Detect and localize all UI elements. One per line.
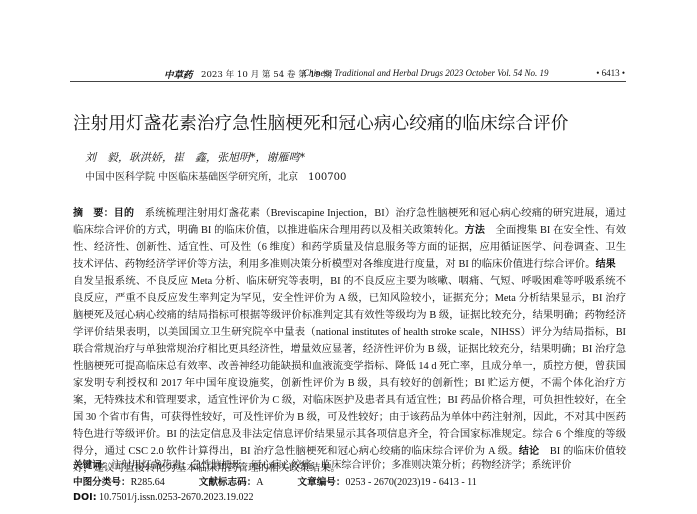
clc-label: 中图分类号： — [73, 477, 131, 488]
methods-label: 方法 — [465, 225, 485, 236]
keywords-label: 关键词： — [73, 460, 111, 471]
clc-value: R285.64 — [131, 477, 165, 488]
page-number: • 6413 • — [596, 68, 625, 78]
running-header: 中草药 2023 年 10 月 第 54 卷 第 19 期 Chinese Tr… — [73, 64, 625, 82]
results-label: 结果 — [596, 259, 616, 270]
affiliation: 中国中医科学院 中医临床基础医学研究所，北京 100700 — [85, 168, 346, 183]
author-list: 刘 毅，耿洪娇，崔 鑫，张旭明*，谢雁鸣* — [85, 149, 305, 165]
doi-label: DOI: — [73, 492, 97, 503]
results-text: 自发呈报系统、不良反应 Meta 分析、临床研究等表明，BI 的不良反应主要为咳… — [73, 259, 626, 457]
header-rule — [70, 81, 626, 82]
doc-code-label: 文献标志码： — [199, 477, 257, 488]
objective-label: 目的 — [114, 208, 134, 219]
article-title: 注射用灯盏花素治疗急性脑梗死和冠心病心绞痛的临床综合评价 — [73, 110, 569, 135]
doc-code-value: A — [256, 477, 263, 488]
article-no-value: 0253 - 2670(2023)19 - 6413 - 11 — [346, 477, 477, 488]
abstract: 摘 要：目的 系统梳理注射用灯盏花素（Breviscapine Injectio… — [73, 205, 626, 477]
article-no-label: 文章编号： — [298, 477, 346, 488]
classification-line: 中图分类号：R285.64文献标志码：A文章编号：0253 - 2670(202… — [73, 474, 477, 488]
journal-info-en: Chinese Traditional and Herbal Drugs 202… — [303, 68, 549, 78]
keywords-line: 关键词：注射用灯盏花素；急性脑梗死；冠心病心绞痛；临床综合评价；多准则决策分析；… — [73, 456, 571, 471]
keywords-value: 注射用灯盏花素；急性脑梗死；冠心病心绞痛；临床综合评价；多准则决策分析；药物经济… — [111, 460, 571, 471]
journal-name-cn: 中草药 — [164, 67, 193, 81]
doi-value[interactable]: 10.7501/j.issn.0253-2670.2023.19.022 — [97, 492, 254, 503]
doi-line: DOI: 10.7501/j.issn.0253-2670.2023.19.02… — [73, 492, 253, 503]
abstract-label: 摘 要： — [73, 208, 114, 219]
